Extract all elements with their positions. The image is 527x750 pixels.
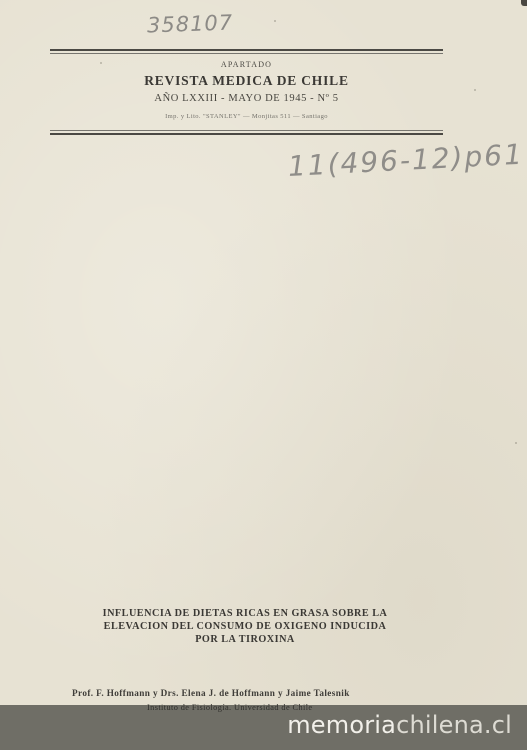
site-watermark: memoriachilena.cl (287, 711, 512, 739)
paper-speck (274, 20, 276, 22)
article-title: INFLUENCIA DE DIETAS RICAS EN GRASA SOBR… (70, 607, 420, 646)
article-authors: Prof. F. Hoffmann y Drs. Elena J. de Hof… (72, 688, 422, 698)
masthead-top-rule (50, 49, 443, 54)
document-page: 358107 APARTADO REVISTA MEDICA DE CHILE … (0, 0, 527, 750)
paper-speck (100, 62, 102, 64)
handwritten-shelf-mark: 11(496-12)p61 (287, 138, 524, 183)
masthead-bottom-rule (50, 130, 443, 135)
paper-speck (515, 442, 517, 444)
masthead-label: APARTADO (50, 60, 443, 69)
watermark-part-chilena: chilena.cl (396, 711, 512, 739)
printer-line: Imp. y Lito. "STANLEY" — Monjitas 511 — … (50, 113, 443, 120)
journal-title: REVISTA MEDICA DE CHILE (50, 73, 443, 89)
paper-speck (474, 89, 476, 91)
article-title-line: INFLUENCIA DE DIETAS RICAS EN GRASA SOBR… (70, 607, 420, 620)
handwritten-catalog-number: 358107 (147, 11, 234, 38)
corner-mark (521, 0, 527, 6)
article-title-line: POR LA TIROXINA (70, 633, 420, 646)
article-title-line: ELEVACION DEL CONSUMO DE OXIGENO INDUCID… (70, 620, 420, 633)
issue-line: AÑO LXXIII - MAYO DE 1945 - Nº 5 (50, 93, 443, 104)
watermark-part-memoria: memoria (287, 711, 396, 739)
